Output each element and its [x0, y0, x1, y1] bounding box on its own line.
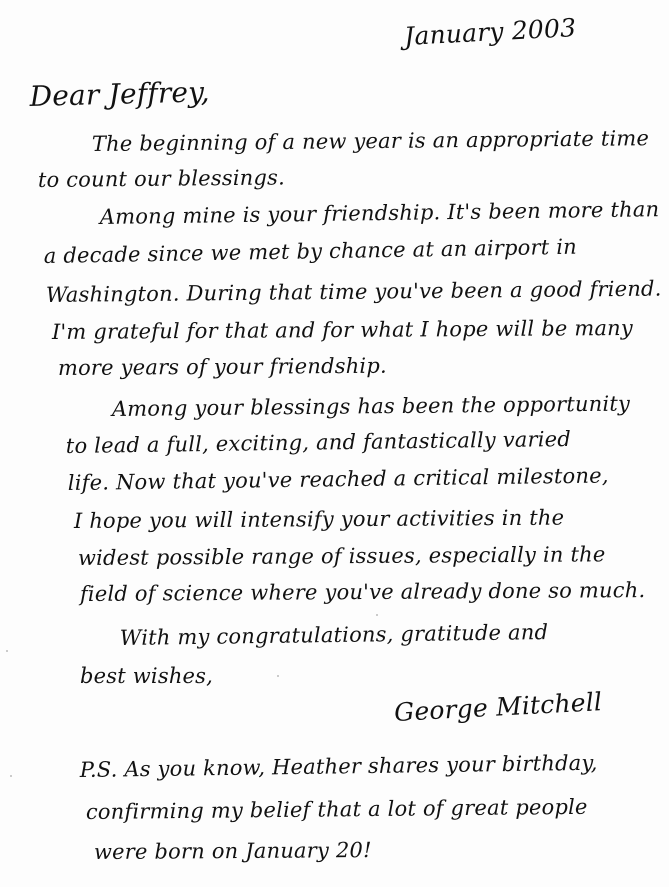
closing-line-2: best wishes, [80, 664, 213, 688]
paragraph-1-line-2: to count our blessings. [38, 165, 285, 192]
paragraph-3-line-1: Among your blessings has been the opport… [112, 392, 630, 421]
paragraph-2-line-1: Among mine is your friendship. It's been… [100, 197, 660, 229]
paragraph-3-line-4: I hope you will intensify your activitie… [74, 506, 564, 533]
postscript-line-3: were born on January 20! [94, 838, 372, 864]
closing-line-1: With my congratulations, gratitude and [120, 620, 549, 650]
handwritten-letter: January 2003 Dear Jeffrey, The beginning… [0, 0, 669, 887]
paragraph-2-line-4: I'm grateful for that and for what I hop… [52, 316, 633, 344]
paragraph-3-line-6: field of science where you've already do… [80, 578, 646, 606]
paragraph-2-line-5: more years of your friendship. [58, 354, 387, 380]
paragraph-1-line-1: The beginning of a new year is an approp… [92, 126, 649, 156]
scan-speck [277, 675, 279, 677]
scan-speck [376, 614, 378, 616]
salutation: Dear Jeffrey, [29, 75, 210, 113]
paragraph-2-line-2: a decade since we met by chance at an ai… [44, 235, 578, 268]
signature: George Mitchell [393, 687, 602, 727]
scan-speck [10, 775, 12, 777]
paragraph-2-line-3: Washington. During that time you've been… [46, 277, 662, 307]
paragraph-3-line-3: life. Now that you've reached a critical… [68, 463, 609, 495]
postscript-line-2: confirming my belief that a lot of great… [86, 795, 588, 824]
postscript-line-1: P.S. As you know, Heather shares your bi… [80, 751, 598, 782]
paragraph-3-line-2: to lead a full, exciting, and fantastica… [66, 427, 571, 458]
paragraph-3-line-5: widest possible range of issues, especia… [78, 542, 606, 570]
scan-speck [6, 650, 8, 652]
letter-date: January 2003 [403, 13, 576, 51]
